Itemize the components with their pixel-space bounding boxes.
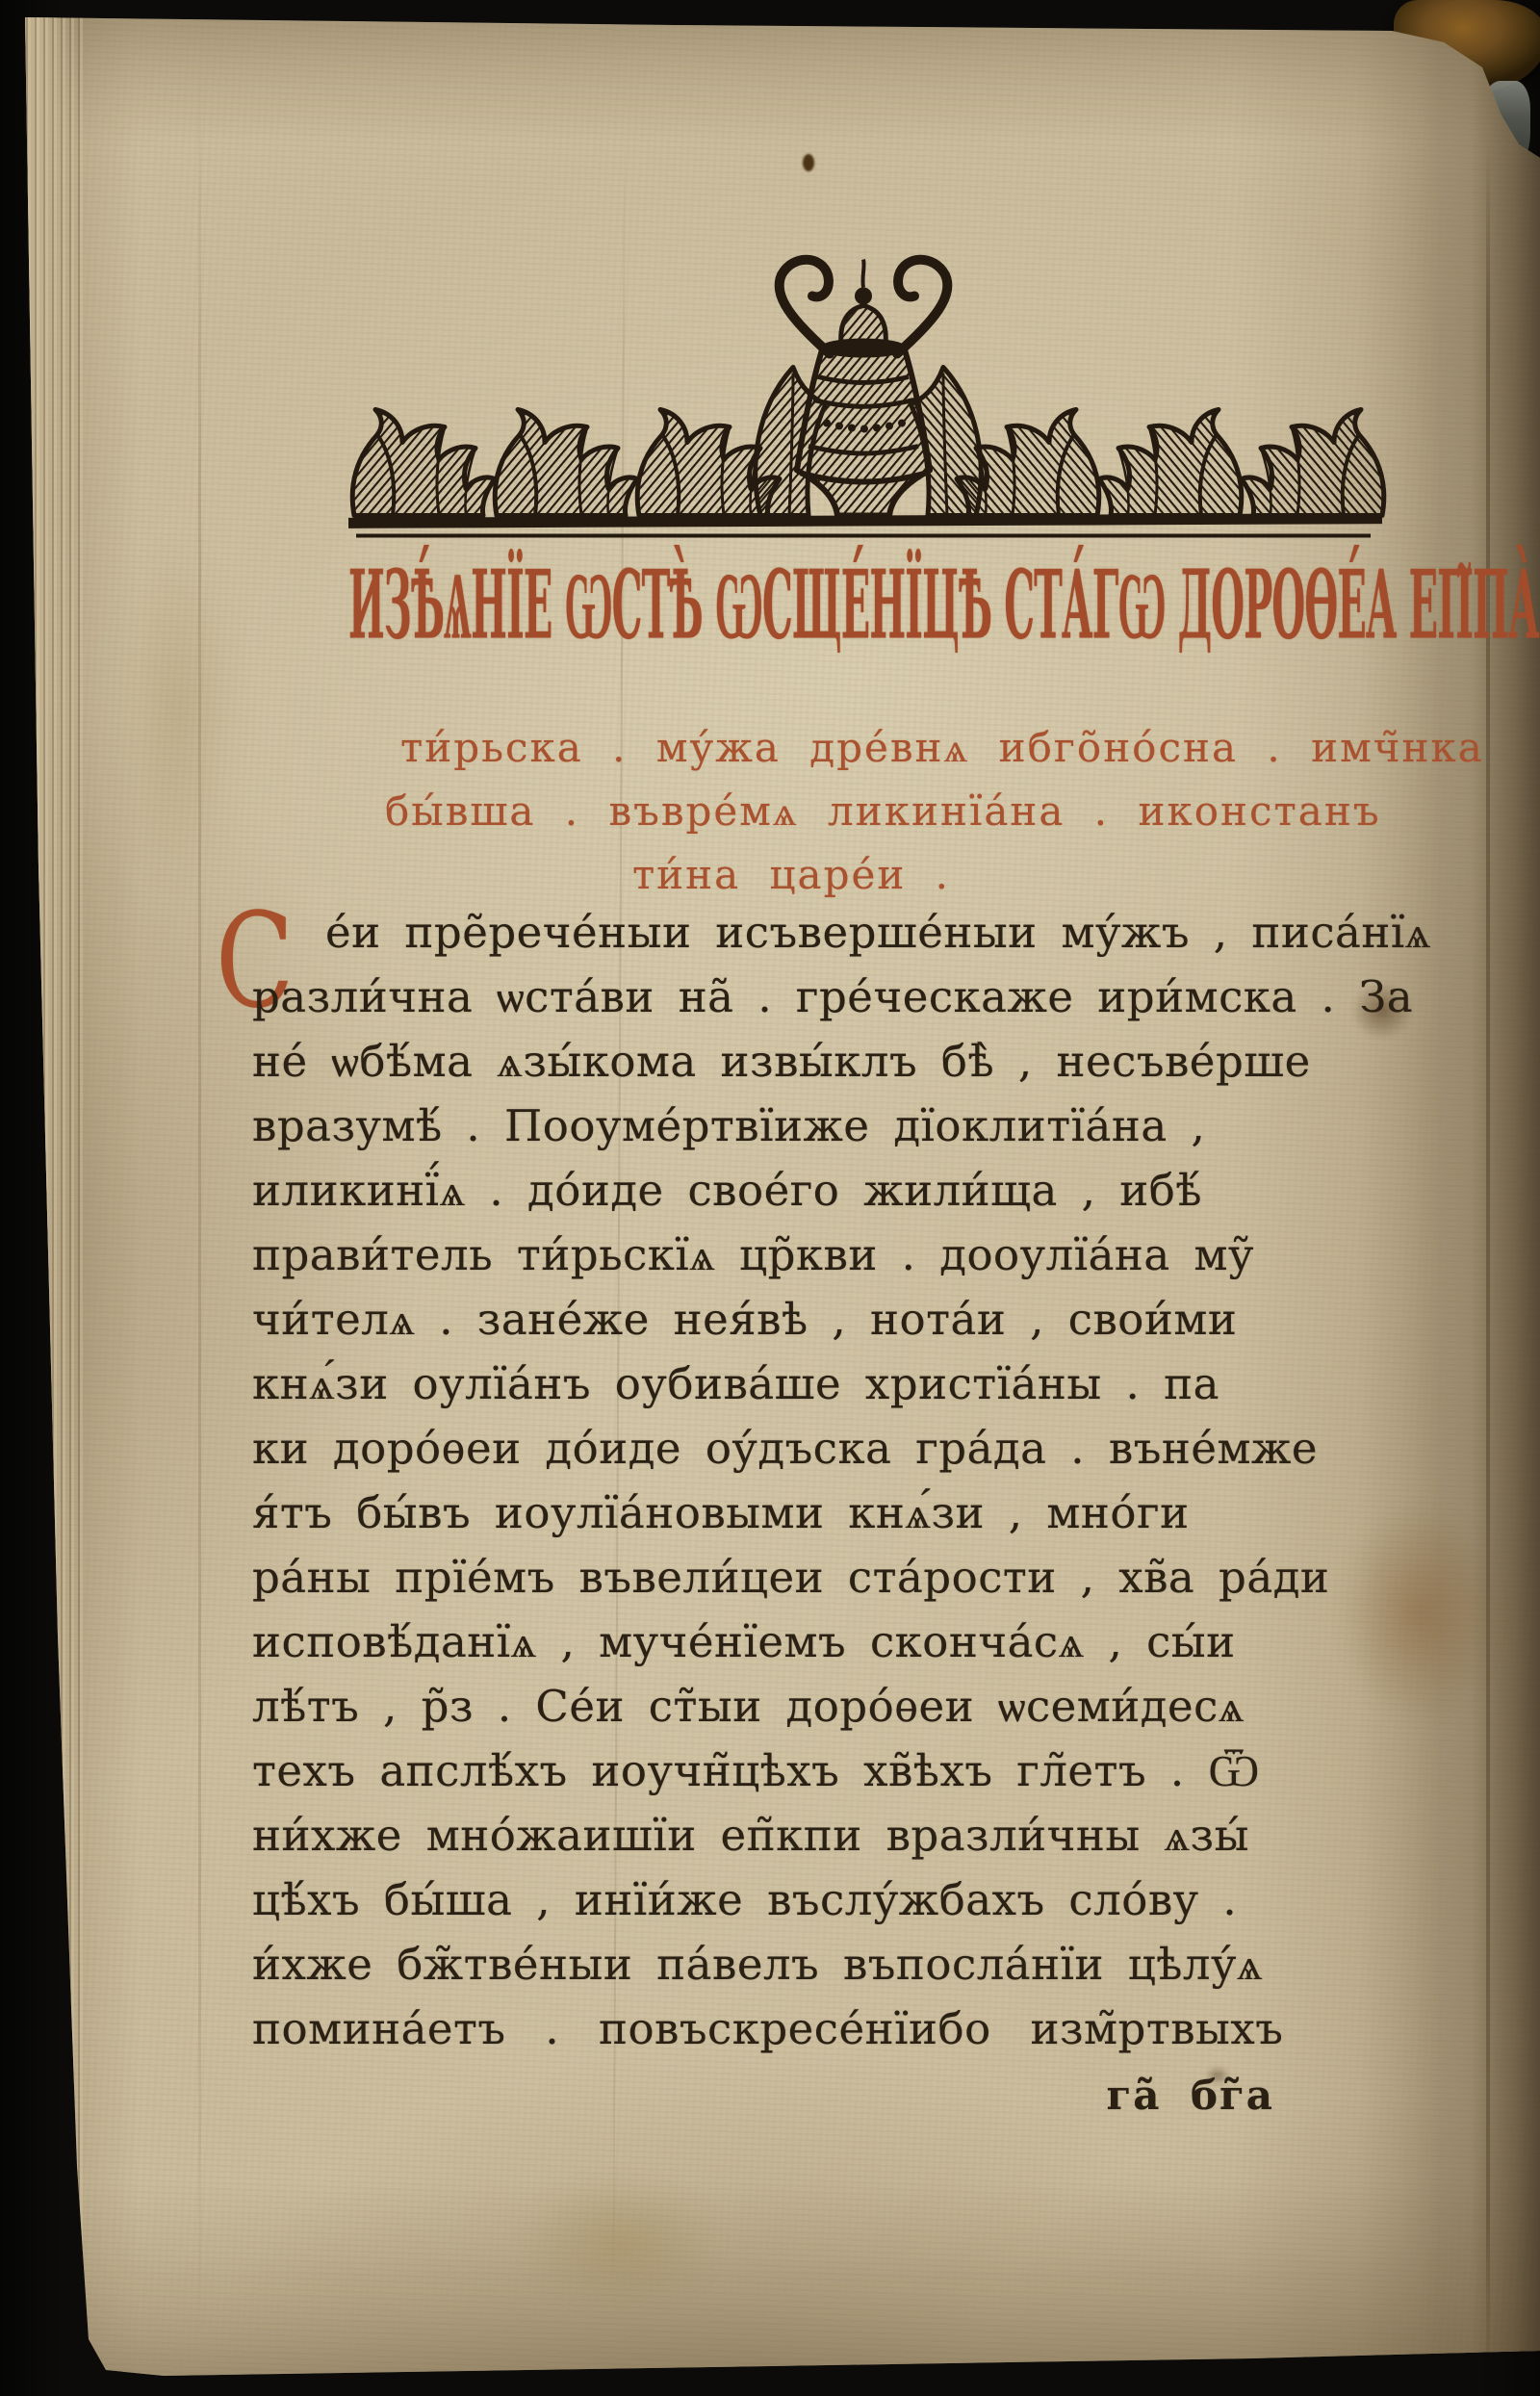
body-line: ни́хже мно́жаишїи еп̃кпи вразли́чны ѧзы́ [252,1810,1249,1861]
photo-stage: ИЗѢ́ѦНЇЕ ѠСТѢ̀ ѠСЩЕ́НЇЦѢ СТА́ГѠ ДОРОѲЕ́А… [0,0,1540,2396]
body-line: вразумѣ́ . Пооуме́ртвїиже дїоклитїа́на , [252,1100,1205,1151]
stain [115,539,241,886]
catchword: га̃ бг̃а [252,2072,1274,2119]
body-line: техъ апслѣ́хъ иоучн̃цѣхъ хв̃ѣхъ гл̃етъ .… [252,1745,1260,1796]
body-line: иликинї́ѧ . до́иде свое́го жили́ща , ибѣ… [252,1165,1202,1216]
body-line: я́тъ бы́въ иоулїа́новыми кнѧ́зи , мно́ги [252,1487,1190,1538]
body-line: и́хже бж̃тве́ныи па́велъ въпосла́нїи цѣл… [252,1939,1263,1990]
stain [520,2176,722,2310]
body-line: цѣ́хъ бы́ша , инїи́же въслу́жбахъ сло́ву… [252,1874,1237,1925]
headpiece-woodcut-ornament [348,252,1388,544]
body-line: не́ ѡбѣ́ма ѧзы́кома извы́клъ бѣ̀ , несъв… [252,1036,1311,1087]
subtitle-line: ти́на царе́и . [252,851,1330,898]
subtitle-line: ти́рьска . му́жа дре́внѧ ибго̃но́сна . и… [400,724,1484,772]
page-edge-stack [0,0,83,2396]
body-line: е́и пре̃рече́ныи исъверше́ныи му́жъ , пи… [325,907,1431,958]
gutter-fold-line [1486,144,1490,2396]
body-line: чи́телѧ . зане́же нея́вѣ , нота́и , свои… [252,1294,1237,1345]
body-line: разли́чна ѡста́ви на̃ . гре́ческаже ири́… [252,971,1413,1022]
book-page: ИЗѢ́ѦНЇЕ ѠСТѢ̀ ѠСЩЕ́НЇЦѢ СТА́ГѠ ДОРОѲЕ́А… [0,0,1540,2396]
body-line: лѣ́тъ , р̃з . Се́и ст̃ыи доро́ѳеи ѡсеми́… [252,1681,1245,1732]
ink-speck [803,154,814,171]
body-line: ра́ны прїе́мъ въвели́цеи ста́рости , хв̃… [252,1552,1329,1603]
body-line: исповѣ́данїѧ , муче́нїемъ сконча́сѧ , сы… [252,1616,1236,1667]
chapter-title-vyaz: ИЗѢ́ѦНЇЕ ѠСТѢ̀ ѠСЩЕ́НЇЦѢ СТА́ГѠ ДОРОѲЕ́А… [348,551,1232,662]
paper-crease [198,58,201,2349]
body-line: помина́етъ . повъскресе́нїибо изм̃ртвыхъ [252,2003,1283,2054]
body-line: ки доро́ѳеи до́иде оу́дъска гра́да . вън… [252,1423,1318,1474]
subtitle-line: бы́вша . въвре́мѧ ликинїа́на . иконстанъ [385,787,1381,836]
body-line: прави́тель ти́рьскїѧ цр̃кви . дооулїа́на… [252,1229,1254,1280]
body-line: кнѧ́зи оулїа́нъ оубива́ше христїа́ны . п… [252,1358,1219,1409]
